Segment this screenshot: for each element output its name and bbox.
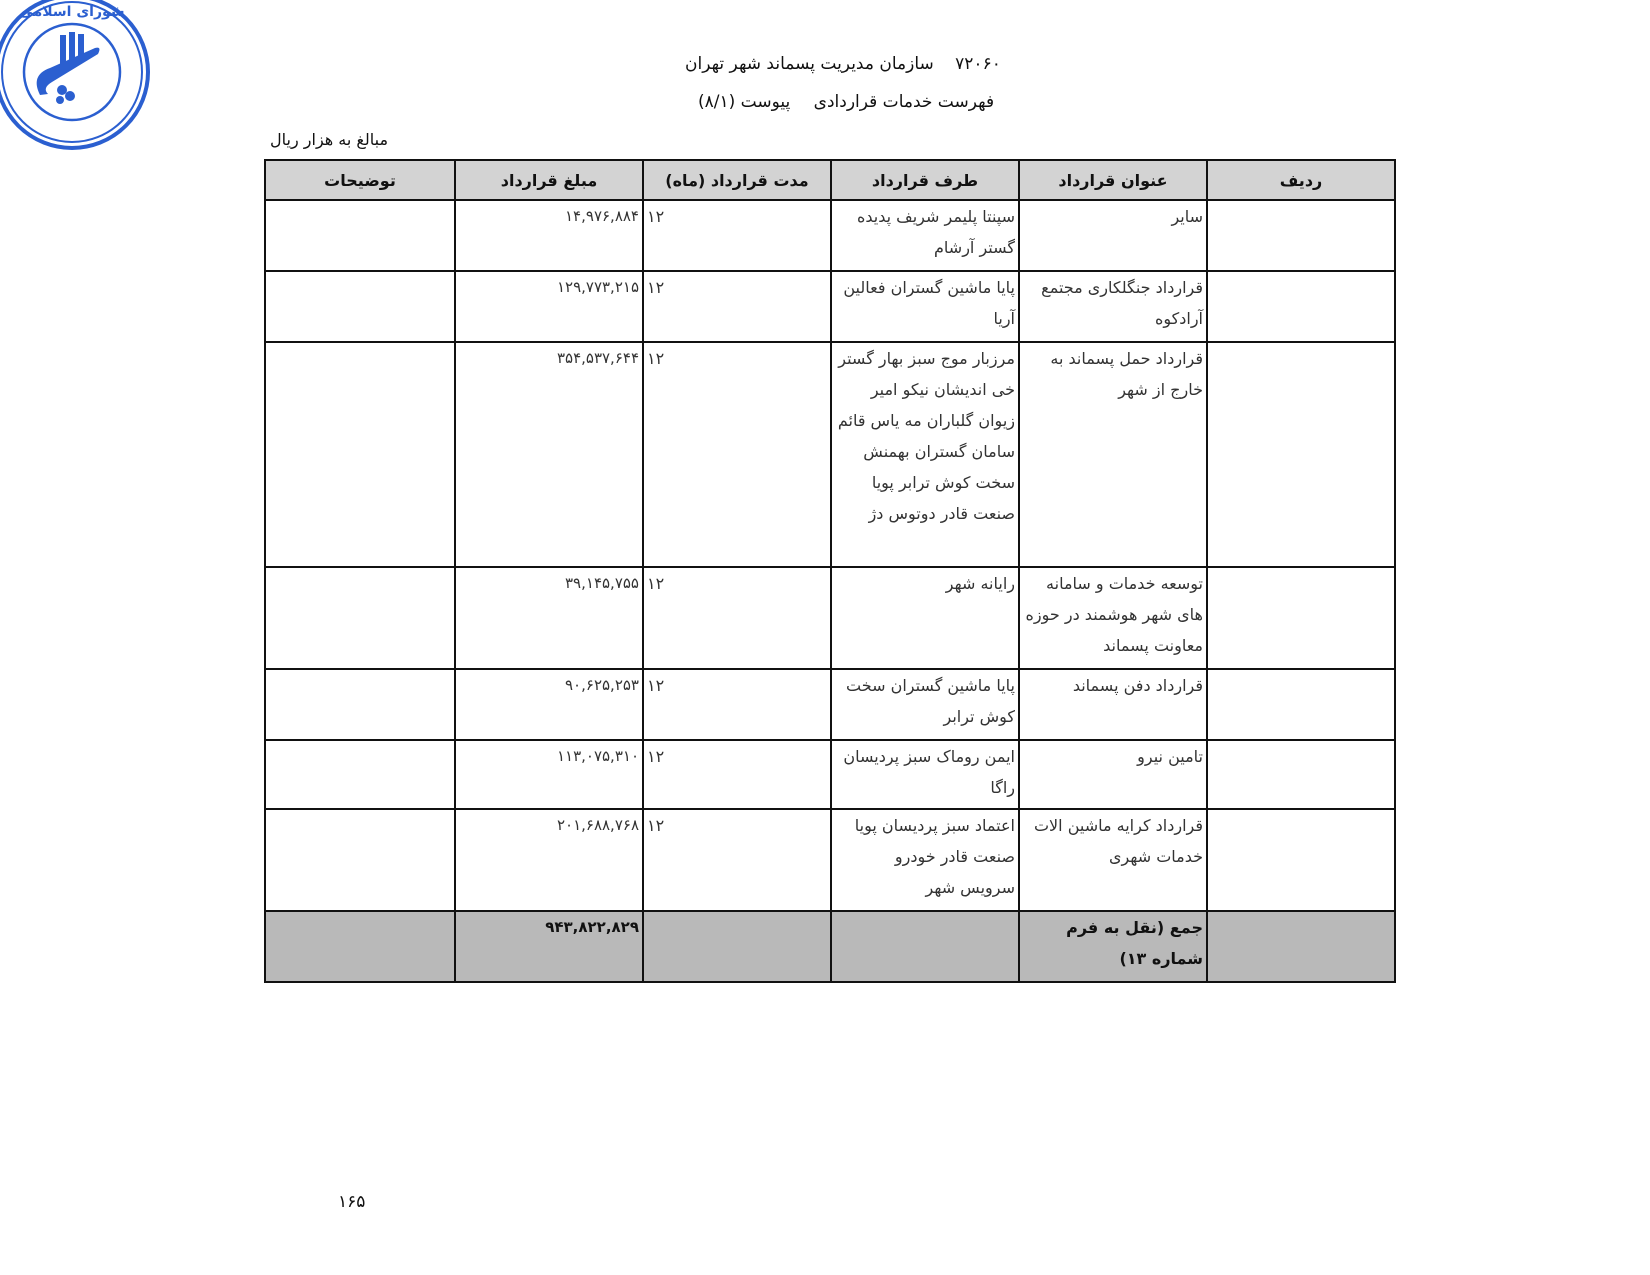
cell-duration: ۱۲: [643, 740, 831, 809]
cell-row-number: [1207, 567, 1395, 669]
cell-row-number: [1207, 271, 1395, 342]
table-row: قرارداد دفن پسماند پایا ماشین گستران سخت…: [265, 669, 1395, 740]
cell-contract-title: توسعه خدمات و سامانه های شهر هوشمند در ح…: [1019, 567, 1207, 669]
cell-row-number: [1207, 911, 1395, 982]
cell-contract-title: قرارداد کرایه ماشین الات خدمات شهری: [1019, 809, 1207, 911]
document-header-line1: ۷۲۰۶۰ سازمان مدیریت پسماند شهر تهران: [685, 54, 1001, 74]
cell-contract-title: قرارداد جنگلکاری مجتمع آرادکوه: [1019, 271, 1207, 342]
cell-contract-party: رایانه شهر: [831, 567, 1019, 669]
cell-contract-party: سپنتا پلیمر شریف پدیده گستر آرشام: [831, 200, 1019, 271]
cell-amount: ۲۰۱,۶۸۸,۷۶۸: [455, 809, 643, 911]
cell-notes: [265, 200, 455, 271]
cell-amount: ۳۹,۱۴۵,۷۵۵: [455, 567, 643, 669]
cell-duration: ۱۲: [643, 567, 831, 669]
cell-row-number: [1207, 200, 1395, 271]
column-header-contract-party: طرف قرارداد: [831, 160, 1019, 200]
cell-duration: ۱۲: [643, 342, 831, 567]
cell-amount: ۱۲۹,۷۷۳,۲۱۵: [455, 271, 643, 342]
page-number: ۱۶۵: [338, 1192, 365, 1212]
svg-text:شورای اسلامی: شورای اسلامی: [19, 4, 124, 20]
annex-label: پیوست (۸/۱): [698, 92, 790, 112]
cell-notes: [265, 740, 455, 809]
cell-duration: ۱۲: [643, 271, 831, 342]
column-header-duration: مدت قرارداد (ماه): [643, 160, 831, 200]
cell-notes: [265, 567, 455, 669]
cell-notes: [265, 911, 455, 982]
column-header-notes: توضیحات: [265, 160, 455, 200]
cell-contract-title: سایر: [1019, 200, 1207, 271]
currency-unit-note: مبالغ به هزار ریال: [270, 130, 388, 149]
cell-contract-title: تامین نیرو: [1019, 740, 1207, 809]
table-row: تامین نیرو ایمن روماک سبز پردیسان راگا ۱…: [265, 740, 1395, 809]
table-row: قرارداد کرایه ماشین الات خدمات شهری اعتم…: [265, 809, 1395, 911]
column-header-row-number: ردیف: [1207, 160, 1395, 200]
cell-amount: ۱۴,۹۷۶,۸۸۴: [455, 200, 643, 271]
council-approval-seal: شورای اسلامی: [0, 0, 155, 155]
cell-row-number: [1207, 809, 1395, 911]
cell-amount: ۳۵۴,۵۳۷,۶۴۴: [455, 342, 643, 567]
cell-contract-title: قرارداد حمل پسماند به خارج از شهر: [1019, 342, 1207, 567]
table-row: توسعه خدمات و سامانه های شهر هوشمند در ح…: [265, 567, 1395, 669]
cell-notes: [265, 669, 455, 740]
cell-contract-party: پایا ماشین گستران فعالین آریا: [831, 271, 1019, 342]
cell-duration: [643, 911, 831, 982]
form-code: ۷۲۰۶۰: [955, 54, 1001, 74]
cell-duration: ۱۲: [643, 809, 831, 911]
document-subtitle: فهرست خدمات قراردادی: [814, 92, 994, 112]
cell-contract-party: [831, 911, 1019, 982]
cell-duration: ۱۲: [643, 200, 831, 271]
total-amount: ۹۴۳,۸۲۲,۸۲۹: [455, 911, 643, 982]
cell-duration: ۱۲: [643, 669, 831, 740]
cell-contract-party: ایمن روماک سبز پردیسان راگا: [831, 740, 1019, 809]
total-label: جمع (نقل به فرم شماره ۱۳): [1019, 911, 1207, 982]
cell-notes: [265, 271, 455, 342]
cell-contract-party: پایا ماشین گستران سخت کوش ترابر: [831, 669, 1019, 740]
cell-row-number: [1207, 342, 1395, 567]
cell-amount: ۹۰,۶۲۵,۲۵۳: [455, 669, 643, 740]
cell-amount: ۱۱۳,۰۷۵,۳۱۰: [455, 740, 643, 809]
table-row: قرارداد حمل پسماند به خارج از شهر مرزبار…: [265, 342, 1395, 567]
cell-notes: [265, 809, 455, 911]
table-header-row: ردیف عنوان قرارداد طرف قرارداد مدت قرارد…: [265, 160, 1395, 200]
organization-name: سازمان مدیریت پسماند شهر تهران: [685, 54, 934, 74]
cell-row-number: [1207, 740, 1395, 809]
seal-icon: شورای اسلامی: [0, 0, 155, 155]
column-header-amount: مبلغ قرارداد: [455, 160, 643, 200]
document-header-line2: فهرست خدمات قراردادی پیوست (۸/۱): [698, 92, 994, 112]
table-total-row: جمع (نقل به فرم شماره ۱۳) ۹۴۳,۸۲۲,۸۲۹: [265, 911, 1395, 982]
cell-notes: [265, 342, 455, 567]
table-row: قرارداد جنگلکاری مجتمع آرادکوه پایا ماشی…: [265, 271, 1395, 342]
cell-contract-party: اعتماد سبز پردیسان پویا صنعت قادر خودرو …: [831, 809, 1019, 911]
cell-row-number: [1207, 669, 1395, 740]
cell-contract-party: مرزبار موج سبز بهار گستر خی اندیشان نیکو…: [831, 342, 1019, 567]
cell-contract-title: قرارداد دفن پسماند: [1019, 669, 1207, 740]
column-header-contract-title: عنوان قرارداد: [1019, 160, 1207, 200]
table-row: سایر سپنتا پلیمر شریف پدیده گستر آرشام ۱…: [265, 200, 1395, 271]
contract-services-table: ردیف عنوان قرارداد طرف قرارداد مدت قرارد…: [264, 159, 1396, 983]
